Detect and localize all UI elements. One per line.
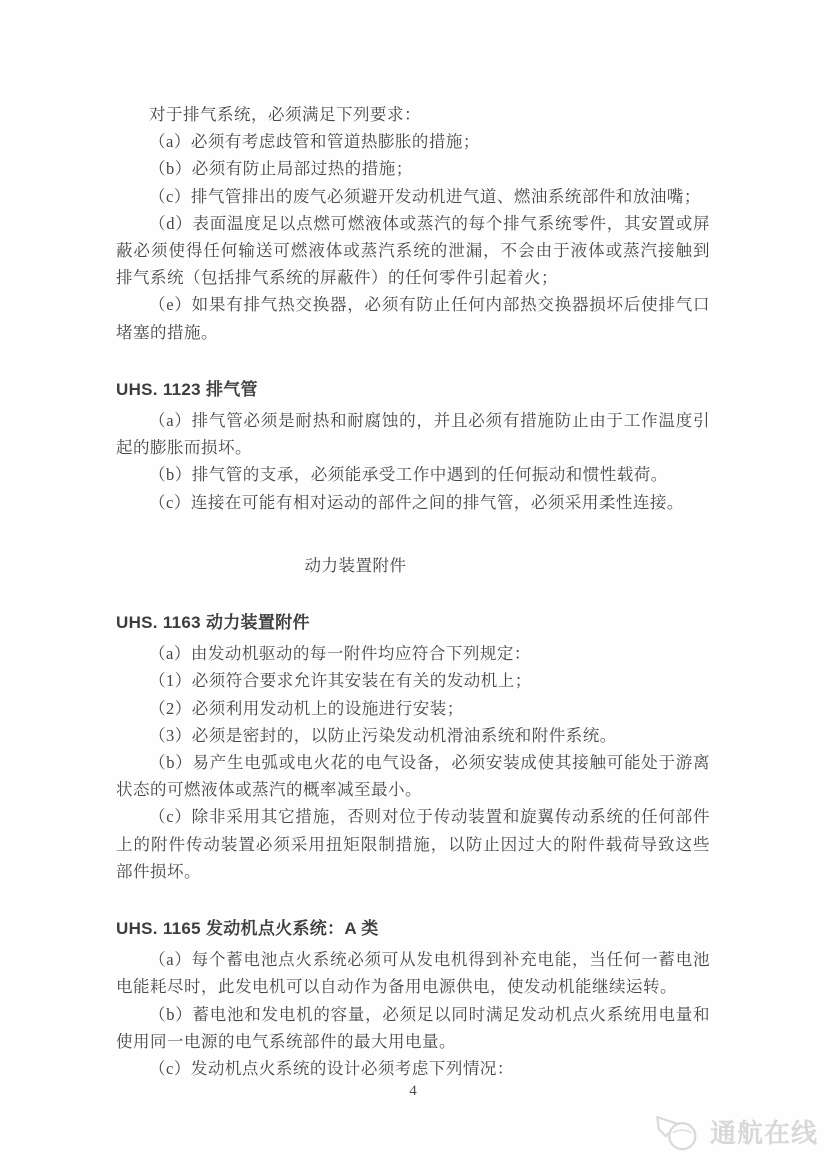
section-heading: UHS. 1165 发动机点火系统：A 类 xyxy=(116,915,710,942)
watermark: 通航在线 xyxy=(652,1105,818,1157)
body-paragraph: （b）必须有防止局部过热的措施； xyxy=(116,155,710,182)
body-paragraph: （3）必须是密封的，以防止污染发动机滑油系统和附件系统。 xyxy=(116,722,710,749)
body-paragraph: （b）易产生电弧或电火花的电气设备，必须安装成使其接触可能处于游离状态的可燃液体… xyxy=(116,749,710,803)
document-body: 对于排气系统，必须满足下列要求：（a）必须有考虑歧管和管道热膨胀的措施；（b）必… xyxy=(116,101,710,1082)
body-paragraph: （b）蓄电池和发电机的容量，必须足以同时满足发动机点火系统用电量和使用同一电源的… xyxy=(116,1001,710,1055)
body-paragraph: （a）必须有考虑歧管和管道热膨胀的措施； xyxy=(116,128,710,155)
body-paragraph: （2）必须利用发动机上的设施进行安装； xyxy=(116,695,710,722)
page-number: 4 xyxy=(0,1082,826,1100)
body-paragraph: （d）表面温度足以点燃可燃液体或蒸汽的每个排气系统零件，其安置或屏蔽必须使得任何… xyxy=(116,210,710,292)
section-heading: UHS. 1123 排气管 xyxy=(116,376,710,403)
body-paragraph: （a）每个蓄电池点火系统必须可从发电机得到补充电能，当任何一蓄电池电能耗尽时，此… xyxy=(116,946,710,1000)
body-paragraph: 对于排气系统，必须满足下列要求： xyxy=(116,101,710,128)
section-heading: UHS. 1163 动力装置附件 xyxy=(116,609,710,636)
body-paragraph: （c）除非采用其它措施，否则对位于传动装置和旋翼传动系统的任何部件上的附件传动装… xyxy=(116,803,710,885)
body-paragraph: （c）连接在可能有相对运动的部件之间的排气管，必须采用柔性连接。 xyxy=(116,489,710,516)
body-paragraph: （c）排气管排出的废气必须避开发动机进气道、燃油系统部件和放油嘴； xyxy=(116,183,710,210)
body-paragraph: （a）由发动机驱动的每一附件均应符合下列规定： xyxy=(116,640,710,667)
body-paragraph: （c）发动机点火系统的设计必须考虑下列情况： xyxy=(116,1055,710,1082)
body-paragraph: （a）排气管必须是耐热和耐腐蚀的，并且必须有措施防止由于工作温度引起的膨胀而损坏… xyxy=(116,407,710,461)
body-paragraph: （1）必须符合要求允许其安装在有关的发动机上； xyxy=(116,667,710,694)
group-heading: 动力装置附件 xyxy=(116,552,710,579)
body-paragraph: （b）排气管的支承，必须能承受工作中遇到的任何振动和惯性载荷。 xyxy=(116,461,710,488)
document-page: 对于排气系统，必须满足下列要求：（a）必须有考虑歧管和管道热膨胀的措施；（b）必… xyxy=(0,0,826,1169)
body-paragraph: （e）如果有排气热交换器，必须有防止任何内部热交换器损坏后使排气口堵塞的措施。 xyxy=(116,291,710,345)
tonghang-logo-icon xyxy=(652,1105,704,1157)
watermark-text: 通航在线 xyxy=(710,1113,818,1150)
